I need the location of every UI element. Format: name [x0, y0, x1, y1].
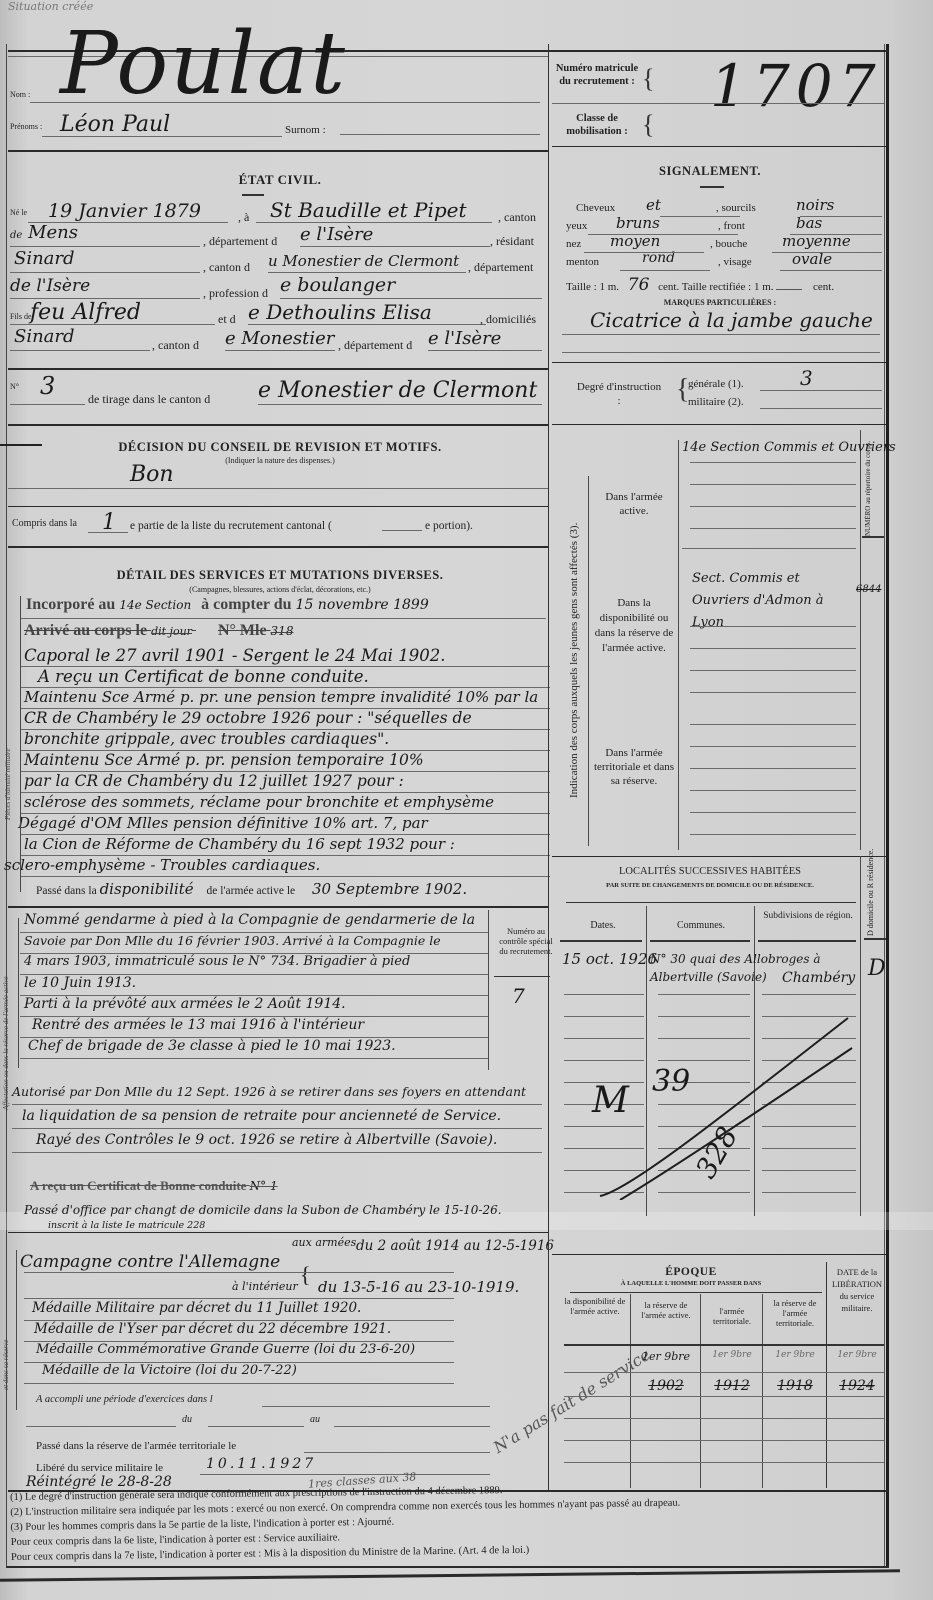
rule — [690, 484, 856, 485]
military-label: militaire (2). — [688, 396, 744, 408]
canton-label: , canton — [498, 210, 536, 225]
rule — [690, 746, 856, 747]
column-divider — [548, 44, 549, 1490]
rule — [10, 272, 200, 273]
rule — [208, 1426, 304, 1427]
epoque-cell: 1902 — [632, 1378, 700, 1394]
rule — [564, 1344, 884, 1346]
partie-label: e partie de la liste du recrutement cant… — [130, 520, 332, 532]
localites-title: LOCALITÉS SUCCESSIVES HABITÉES — [560, 866, 860, 877]
marks-title: MARQUES PARTICULIÈRES : — [620, 298, 820, 307]
dept2-value: de l'Isère — [10, 276, 90, 296]
rule — [20, 834, 550, 835]
numero-controle-value: 7 — [512, 984, 525, 1008]
left-tick — [0, 444, 42, 446]
aux-armees-label: aux armées — [292, 1236, 356, 1249]
page-bottom-rule — [0, 1569, 900, 1581]
rule — [690, 834, 856, 835]
margin-label-top: Pièces d'identité militaire — [4, 690, 12, 820]
height-rect-label: cent. Taille rectifiée : 1 m. — [658, 281, 773, 293]
profession-value: e boulanger — [280, 274, 395, 296]
gendarmerie-line: Nommé gendarme à pied à la Compagnie de … — [24, 912, 494, 933]
rule — [566, 902, 856, 903]
instruction-bottom-rule — [552, 424, 886, 425]
rule — [620, 270, 710, 271]
signalement-row: menton rond , visage ovale — [566, 252, 886, 270]
decision-subtitle: (Indiquer la nature des dispenses.) — [180, 456, 380, 465]
arrive-label: Arrivé au corps le — [24, 622, 147, 639]
service-line: la Cion de Réforme de Chambéry du 16 sep… — [24, 835, 584, 856]
decision-value: Bon — [130, 462, 174, 487]
father-label: Fils de — [10, 312, 32, 321]
reserve-label: Passé dans la réserve de l'armée territo… — [36, 1440, 236, 1452]
father-value: feu Alfred — [30, 300, 141, 325]
passe-value: disponibilité — [100, 880, 194, 898]
signalement-row: Cheveux et , sourcils noirs — [566, 198, 886, 216]
residing-label: , résidant — [490, 234, 534, 249]
rule — [658, 994, 750, 995]
rule — [8, 488, 548, 489]
rule — [20, 953, 488, 954]
rule — [758, 940, 856, 942]
portion-label: e portion). — [425, 520, 473, 532]
rule — [24, 1341, 454, 1342]
canton-prefix: de — [10, 230, 22, 241]
rule — [248, 324, 486, 325]
rule — [690, 790, 856, 791]
eyebrows-value: noirs — [796, 196, 834, 214]
rule — [660, 216, 740, 217]
reserve-army-value: Sect. Commis et Ouvriers d'Admon à Lyon — [692, 568, 852, 634]
nickname-line — [340, 134, 540, 135]
rule — [20, 813, 550, 814]
domicile-value: Sinard — [14, 326, 75, 347]
draw-label: de tirage dans le canton d — [88, 392, 210, 407]
epoque-cell: 1er 9bre — [702, 1350, 762, 1360]
gendarmerie-line: le 10 Juin 1913. — [24, 975, 494, 996]
campagnes-left-line — [16, 1250, 17, 1410]
rule — [564, 1440, 884, 1441]
gendarmerie-left-line — [18, 918, 19, 1068]
rule — [772, 252, 882, 253]
arrive-value: dit jour — [151, 625, 192, 638]
rule — [258, 404, 542, 405]
at-label: , à — [238, 210, 249, 225]
rule — [690, 626, 856, 627]
rule — [20, 1016, 488, 1017]
epoque-top-rule — [552, 1254, 886, 1255]
rule — [862, 536, 884, 538]
epoque-cell: 1er 9bre — [632, 1350, 700, 1363]
struck-suffix: N° 1 — [250, 1179, 278, 1193]
service-line: Caporal le 27 avril 1901 - Sergent le 24… — [24, 646, 584, 667]
rule — [268, 272, 466, 273]
affectation-number-line — [860, 430, 861, 850]
mother-value: e Dethoulins Elisa — [248, 300, 432, 324]
service-line: sclérose des sommets, réclame pour bronc… — [24, 793, 584, 814]
campagnes-title: Campagne contre l'Allemagne — [20, 1252, 280, 1272]
firstnames-label: Prénoms : — [10, 122, 42, 131]
rule — [494, 976, 550, 977]
rule — [690, 506, 856, 507]
general-label: générale (1). — [688, 378, 744, 390]
eyes-value: bruns — [616, 214, 660, 232]
rule — [24, 1362, 454, 1363]
residence-value: Sinard — [14, 248, 75, 269]
header-bottom-rule — [8, 150, 548, 152]
epoque-row-1: 1er 9bre 1er 9bre 1er 9bre 1er 9bre — [560, 1350, 886, 1368]
born-label: Né le — [10, 208, 27, 217]
rule — [10, 324, 215, 325]
rule — [20, 666, 550, 667]
canton3-value: e Monestier — [225, 328, 334, 349]
rule — [12, 1128, 542, 1129]
signalement-bottom-rule — [552, 362, 886, 363]
localites-subtitle: PAR SUITE DE CHANGEMENTS DE DOMICILE OU … — [560, 882, 860, 889]
interieur-label: à l'intérieur — [232, 1280, 298, 1293]
rule — [564, 1372, 884, 1373]
rule — [24, 1272, 454, 1273]
passe-office-line: inscrit à la liste Ie matricule 228 — [48, 1220, 205, 1231]
epoque-subtitle: À LAQUELLE L'HOMME DOIT PASSER DANS — [560, 1280, 822, 1287]
rule — [256, 222, 492, 223]
epoque-row-2: 1902 1912 1918 1924 — [560, 1378, 886, 1396]
rule — [24, 1320, 454, 1321]
epoque-cell: 1924 — [828, 1378, 886, 1394]
rule — [20, 932, 488, 933]
dept3-value: e l'Isère — [428, 328, 501, 349]
rule — [10, 298, 200, 299]
surname-value: Poulat — [60, 14, 347, 114]
eyes-label: yeux — [566, 220, 587, 232]
epoque-title: ÉPOQUE — [560, 1266, 822, 1278]
libere-label: Libéré du service militaire le — [36, 1462, 163, 1474]
epoque-cell: 1918 — [764, 1378, 826, 1394]
rule — [10, 350, 150, 351]
affectation-brace-line — [678, 440, 679, 850]
rule — [20, 750, 550, 751]
height-line: Taille : 1 m. 76 cent. Taille rectifiée … — [566, 275, 834, 295]
hair-value: et — [646, 196, 661, 214]
right-frame-inner — [884, 44, 885, 1566]
rule — [225, 350, 335, 351]
interieur-value: du 13-5-16 au 23-10-1919. — [318, 1278, 519, 1296]
epoque-cell: 1912 — [702, 1378, 762, 1394]
nose-label: nez — [566, 238, 581, 250]
service-line: A reçu un Certificat de bonne conduite. — [24, 667, 584, 688]
canton-value: de Mens — [10, 222, 78, 243]
profession-label: , profession d — [203, 286, 268, 301]
struck-line: A reçu un Certificat de Bonne conduite — [30, 1178, 246, 1193]
dept-value: e l'Isère — [300, 224, 373, 245]
draw-number: 3 — [40, 372, 55, 400]
service-line: par la CR de Chambéry du 12 juillet 1927… — [24, 772, 584, 793]
no-mle-value: 318 — [271, 624, 294, 638]
rule — [760, 390, 882, 391]
rule — [760, 408, 882, 409]
rule — [790, 234, 882, 235]
rule — [300, 246, 490, 247]
signalement-row: nez moyen , bouche moyenne — [566, 234, 886, 252]
rule — [800, 216, 882, 217]
mother-label: et d — [218, 312, 236, 327]
matricule-label: Numéro matricule du recrutement : — [552, 62, 642, 88]
aux-armees-value: du 2 août 1914 au 12-5-1916 — [356, 1238, 554, 1254]
rule — [12, 1152, 542, 1153]
active-army-value: 14e Section Commis et Ouvriers — [682, 440, 896, 455]
compris-rule — [8, 546, 548, 548]
rule — [780, 270, 882, 271]
libere-date: 10.11.1927 — [206, 1456, 316, 1472]
marks-value: Cicatrice à la jambe gauche — [590, 308, 873, 332]
medal-item: Médaille de la Victoire (loi du 20-7-22) — [24, 1363, 504, 1384]
rule — [26, 1426, 176, 1427]
localites-header-communes: Communes. — [648, 920, 754, 931]
compris-label: Compris dans la — [12, 518, 77, 529]
medal-item: Médaille Commémorative Grande Guerre (lo… — [24, 1342, 504, 1363]
rule — [682, 548, 856, 549]
rule — [690, 528, 856, 529]
rule — [584, 252, 704, 253]
incorpore-label: Incorporé au — [26, 596, 115, 613]
rule — [864, 938, 886, 940]
rule — [24, 1298, 454, 1299]
affectation-side-label: Indication des corps auxquels les jeunes… — [568, 474, 580, 846]
arrive-line: Arrivé au corps le dit jour N° Mle 318 — [24, 622, 293, 640]
rule — [650, 940, 750, 942]
gendarmerie-line: Chef de brigade de 3e classe à pied le 1… — [24, 1038, 494, 1059]
affectation-side-line — [588, 476, 589, 846]
rule — [262, 1406, 490, 1407]
brace-icon: { — [642, 64, 654, 94]
epoque-cell: 1er 9bre — [828, 1350, 886, 1360]
class-label: Classe de mobilisation : — [552, 112, 642, 138]
rule — [588, 234, 738, 235]
rule — [562, 352, 880, 353]
gendarmerie-line: Rentré des armées le 13 mai 1916 à l'int… — [24, 1017, 494, 1038]
office-rule — [8, 1232, 548, 1233]
dept2-label: , département — [468, 260, 533, 275]
retraite-lines: Autorisé par Don Mlle du 12 Sept. 1926 à… — [12, 1084, 552, 1156]
nickname-label: Surnom : — [285, 124, 326, 136]
epoque-date-header: DATE de la LIBÉRATION du service militai… — [830, 1266, 884, 1314]
rule — [280, 298, 542, 299]
localites-header-dates: Dates. — [560, 920, 646, 931]
epoque-header-territoriale: l'armée territoriale. — [702, 1306, 762, 1326]
passe-rule — [8, 906, 548, 908]
canton: Mens — [28, 222, 78, 243]
brace-icon: { — [642, 110, 654, 140]
epoque-header-dispo: la disponibilité de l'armée active. — [560, 1296, 630, 1316]
rule — [762, 994, 856, 995]
passe-office-line: Passé d'office par changt de domicile da… — [24, 1203, 502, 1217]
height-cm: 76 — [628, 275, 650, 295]
affectation-bottom-rule — [552, 856, 886, 857]
rule — [20, 995, 488, 996]
localite-date: 15 oct. 1926 — [562, 950, 657, 968]
service-line: Dégagé d'OM Mlles pension définitive 10%… — [18, 814, 584, 835]
brace-icon: { — [300, 1262, 311, 1288]
firstnames-value: Léon Paul — [60, 112, 170, 137]
general-value: 3 — [800, 366, 813, 390]
active-army-label: Dans l'armée active. — [592, 490, 676, 518]
rule — [20, 687, 550, 688]
right-frame-edge — [886, 44, 889, 1566]
epoque-date-divider — [826, 1262, 827, 1488]
eyebrows-label: , sourcils — [716, 202, 756, 214]
birth-place: St Baudille et Pipet — [270, 198, 467, 222]
rule — [20, 618, 546, 619]
height-rect-blank — [776, 289, 802, 290]
rule — [564, 1418, 884, 1419]
margin-label-mid: Affectation ou dans la réserve de l'armé… — [2, 940, 10, 1110]
passe-date: 30 Septembre 1902. — [312, 880, 467, 898]
service-line: CR de Chambéry le 29 octobre 1926 pour :… — [24, 709, 584, 730]
dept-label: , département d — [203, 234, 277, 249]
services-left-line — [20, 596, 21, 892]
rule — [700, 186, 724, 188]
service-line: Maintenu Sce Armé p. pr. une pension tem… — [24, 688, 584, 709]
rule — [562, 334, 880, 335]
epoque-header-reserve-territoriale: la réserve de l'armée territoriale. — [764, 1298, 826, 1328]
signalement-title: SIGNALEMENT. — [600, 164, 820, 179]
matricule-number: 1707 — [710, 52, 882, 120]
dept3-label: , département d — [338, 338, 412, 353]
canton3-label: , canton d — [152, 338, 199, 353]
services-subtitle: (Campagnes, blessures, actions d'éclat, … — [120, 585, 440, 594]
rule — [20, 792, 550, 793]
rule — [24, 1383, 454, 1384]
localites-header-subdivisions: Subdivisions de région. — [760, 910, 856, 922]
margin-label-bottom: et dans sa réserve — [2, 1270, 10, 1390]
instruction-label: Degré d'instruction : — [576, 380, 662, 408]
rule — [690, 462, 856, 463]
mouth-label: , bouche — [710, 238, 747, 250]
rule — [10, 246, 200, 247]
hair-label: Cheveux — [576, 202, 615, 214]
domicile-label: , domiciliés — [480, 312, 536, 327]
rule — [20, 1037, 488, 1038]
rule — [88, 532, 128, 533]
rule — [20, 974, 488, 975]
medal-item: Médaille Militaire par décret du 11 Juil… — [24, 1300, 504, 1321]
passe-label: Passé dans la — [36, 885, 97, 897]
no-mle-label: N° Mle — [218, 622, 267, 639]
localites-side-label: D domicile ou R résidence. — [866, 860, 875, 936]
compter-label: à compter du — [201, 596, 291, 613]
birth-date: 19 Janvier 1879 — [48, 200, 201, 222]
du-label: du — [182, 1414, 192, 1425]
exercices-label: A accompli une période d'exercices dans … — [36, 1394, 213, 1405]
chin-label: menton — [566, 256, 599, 268]
decision-title: DÉCISION DU CONSEIL DE REVISION ET MOTIF… — [60, 440, 500, 455]
medal-item: Médaille de l'Yser par décret du 22 déce… — [24, 1321, 504, 1342]
rule — [334, 1426, 490, 1427]
localite-subdivision: Chambéry — [782, 970, 855, 986]
medals-list: Médaille Militaire par décret du 11 Juil… — [24, 1300, 504, 1384]
etat-civil-title: ÉTAT CIVIL. — [200, 172, 360, 188]
class-rule — [552, 146, 886, 147]
name-label: Nom : — [10, 90, 30, 99]
diagonal-strike-icon — [590, 1000, 860, 1200]
rule — [20, 855, 550, 856]
rule — [690, 670, 856, 671]
incorpore-date: 15 novembre 1899 — [296, 597, 429, 613]
rule — [20, 876, 550, 877]
corner-note: Situation créée — [8, 0, 93, 13]
reserve-army-extra: 6844 — [856, 584, 881, 595]
rule — [690, 768, 856, 769]
draw-canton: e Monestier de Clermont — [258, 378, 537, 403]
reintegre-note: Réintégré le 28-8-28 — [26, 1474, 172, 1490]
epoque-header-reserve-active: la réserve de l'armée active. — [632, 1300, 700, 1320]
rule — [20, 729, 550, 730]
military-register-page: Situation créée Nom : Poulat Prénoms : L… — [0, 0, 933, 1600]
passe-label2: de l'armée active le — [207, 885, 296, 897]
firstnames-line — [42, 136, 282, 137]
service-line: sclero-emphysème - Troubles cardiaques. — [4, 856, 584, 877]
decision-rule — [8, 506, 548, 507]
service-line: Maintenu Sce Armé p. pr. pension tempora… — [24, 751, 584, 772]
epoque-cell: 1er 9bre — [764, 1350, 826, 1360]
localites-col-3 — [860, 856, 861, 1216]
rule — [564, 1462, 884, 1463]
territorial-army-label: Dans l'armée territoriale et dans sa rés… — [592, 746, 676, 788]
rule — [20, 771, 550, 772]
services-lines: Caporal le 27 avril 1901 - Sergent le 24… — [24, 646, 584, 877]
gendarmerie-line: 4 mars 1903, immatriculé sous le N° 734.… — [24, 954, 494, 975]
rule — [690, 724, 856, 725]
rule — [570, 1292, 822, 1293]
incorpore-unit: 14e Section — [119, 598, 191, 612]
canton2-label: , canton d — [203, 260, 250, 275]
reserve-army-label: Dans la disponibilité ou dans la réserve… — [592, 596, 676, 656]
rule — [690, 812, 856, 813]
rule — [564, 994, 644, 995]
height-label: Taille : 1 m. — [566, 281, 619, 293]
tirage-bottom-rule — [8, 424, 548, 426]
title-dash — [242, 194, 264, 196]
rule — [428, 350, 542, 351]
footnotes: (1) Le degré d'instruction générale sera… — [10, 1480, 891, 1567]
rule — [12, 1104, 542, 1105]
rule — [20, 1058, 488, 1059]
passe-line: Passé dans la disponibilité de l'armée a… — [36, 880, 467, 898]
rule — [690, 692, 856, 693]
localite-dr: D — [868, 956, 886, 981]
rule — [10, 404, 85, 405]
incorpore-line: Incorporé au 14e Section à compter du 15… — [26, 596, 429, 614]
rule — [564, 1396, 884, 1397]
rule — [560, 940, 642, 942]
etat-civil-bottom-rule — [8, 368, 548, 370]
au-label: au — [310, 1414, 320, 1425]
rule — [304, 1452, 490, 1453]
gendarmerie-line: Parti à la prévôté aux armées le 2 Août … — [24, 996, 494, 1017]
gendarmerie-line: Savoie par Don Mlle du 16 février 1903. … — [24, 933, 494, 954]
forehead-label: , front — [718, 220, 745, 232]
rule — [20, 708, 550, 709]
services-title: DÉTAIL DES SERVICES ET MUTATIONS DIVERSE… — [60, 568, 500, 583]
canton2-value: u Monestier de Clermont — [268, 252, 459, 270]
cent-label: cent. — [813, 281, 834, 293]
struck-certificate: A reçu un Certificat de Bonne conduite N… — [30, 1178, 278, 1194]
face-label: , visage — [718, 256, 752, 268]
rule — [552, 103, 884, 104]
draw-prefix: N° — [10, 382, 19, 391]
rule — [382, 530, 422, 531]
rule — [690, 648, 856, 649]
